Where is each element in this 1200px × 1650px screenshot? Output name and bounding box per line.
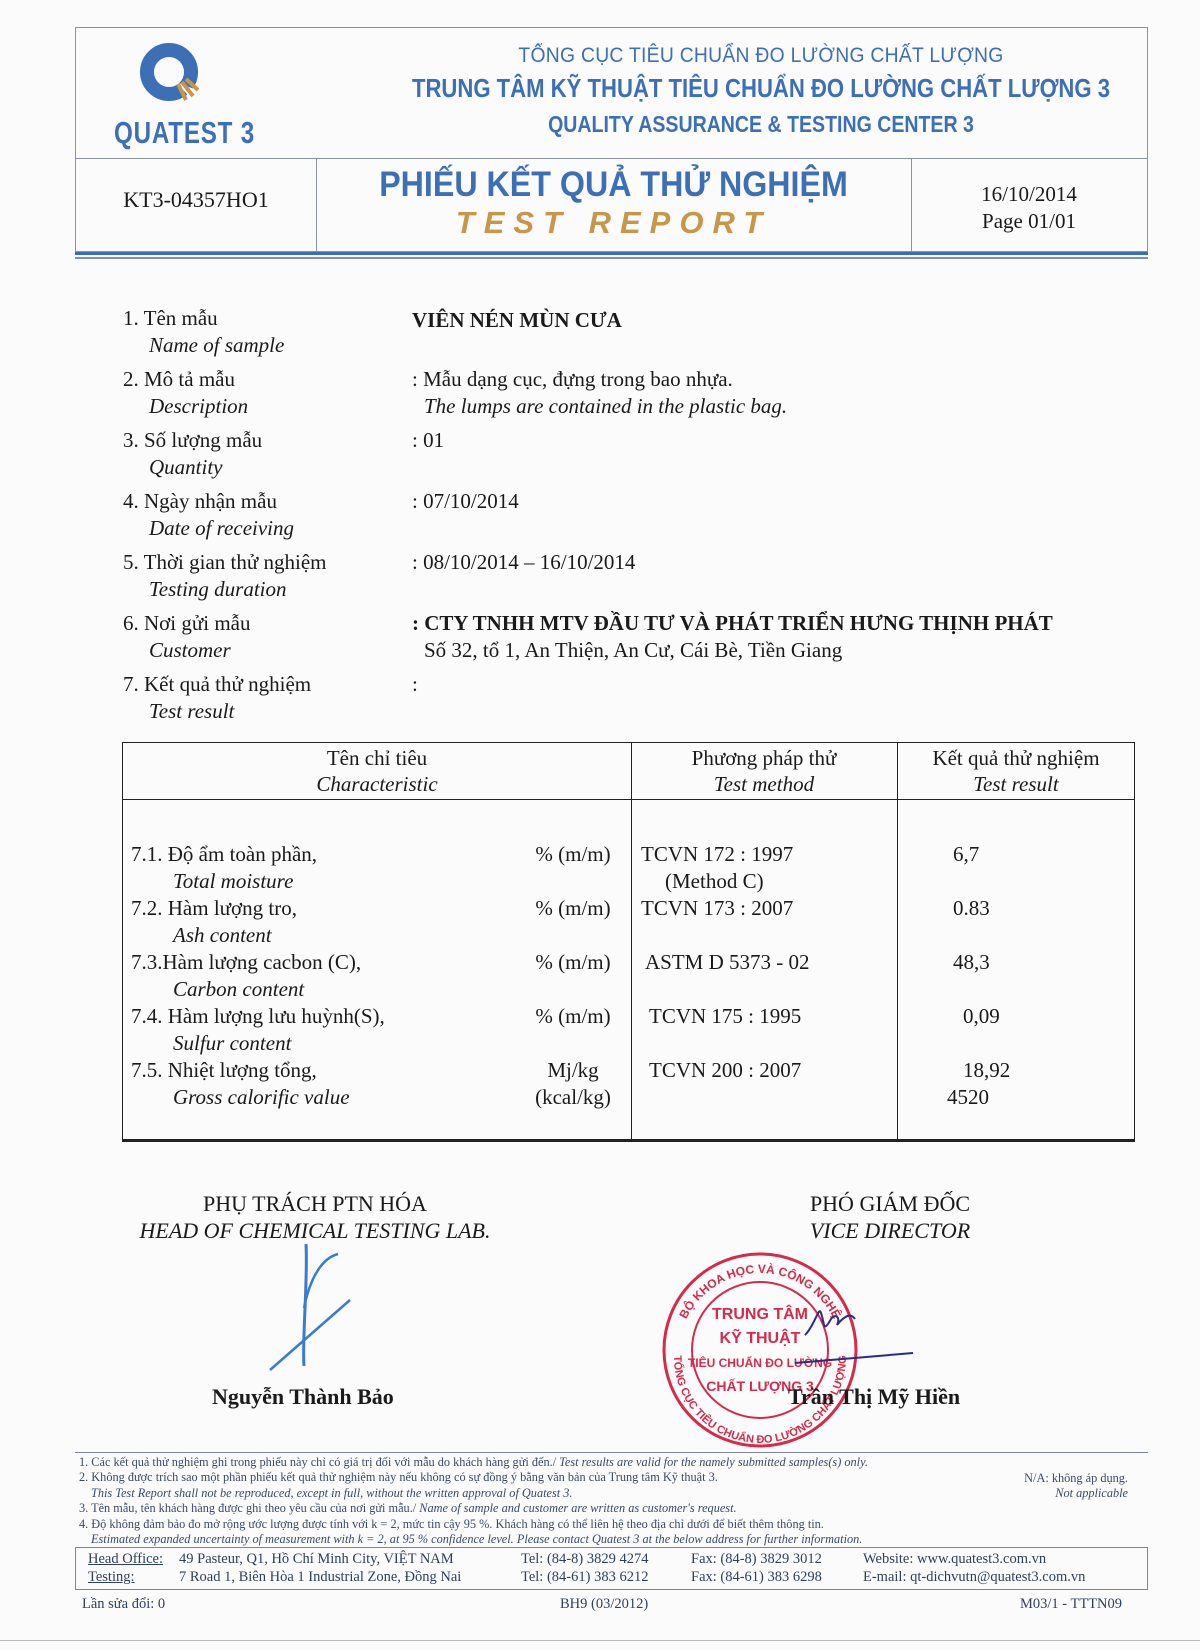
test-result: 18,924520: [903, 1057, 1083, 1111]
header-org-row: QUATEST 3 TỔNG CỤC TIÊU CHUẨN ĐO LƯỜNG C…: [76, 28, 1147, 159]
date-received: : 07/10/2014: [412, 488, 519, 515]
test-method: TCVN 200 : 2007: [633, 1057, 863, 1084]
header-title-row: KT3-04357HO1 PHIẾU KẾT QUẢ THỬ NGHIỆM TE…: [76, 159, 1147, 251]
org-name-en: QUALITY ASSURANCE & TESTING CENTER 3: [383, 111, 1140, 138]
na-legend: N/A: không áp dụng.Not applicable: [1024, 1471, 1128, 1501]
page-number: Page 01/01: [911, 208, 1147, 235]
characteristic: 7.3.Hàm lượng cacbon (C),Carbon content: [131, 949, 361, 1003]
report-title-en: TEST REPORT: [316, 205, 911, 241]
info-label: 3. Số lượng mẫuQuantity: [123, 427, 262, 481]
info-label: 6. Nơi gửi mẫuCustomer: [123, 610, 250, 664]
test-result: 6,7: [903, 841, 1083, 868]
contact-footer: Head Office: 49 Pasteur, Q1, Hồ Chí Minh…: [75, 1548, 1148, 1590]
unit: % (m/m): [523, 949, 623, 976]
test-result: 48,3: [903, 949, 1083, 976]
right-signatory-title: PHÓ GIÁM ĐỐCVICE DIRECTOR: [740, 1190, 1040, 1244]
test-method: TCVN 173 : 2007: [633, 895, 863, 922]
note-1: 1. Các kết quả thử nghiệm ghi trong phiế…: [79, 1455, 1148, 1470]
customer-address: Số 32, tổ 1, An Thiện, An Cư, Cái Bè, Ti…: [412, 637, 1053, 664]
test-result: 0.83: [903, 895, 1083, 922]
test-result-colon: :: [412, 671, 418, 698]
testing-label: Testing:: [88, 1569, 135, 1586]
info-label: 7. Kết quả thử nghiệmTest result: [123, 671, 311, 725]
left-signatory-title: PHỤ TRÁCH PTN HÓAHEAD OF CHEMICAL TESTIN…: [110, 1190, 520, 1244]
report-date: 16/10/2014: [911, 181, 1147, 208]
signature-right-icon: [795, 1295, 925, 1375]
header-divider: [123, 799, 1134, 800]
testing-address: 7 Road 1, Biên Hòa 1 Industrial Zone, Đồ…: [179, 1569, 461, 1586]
sample-quantity: : 01: [412, 427, 444, 454]
column-header-characteristic: Tên chỉ tiêuCharacteristic: [123, 745, 631, 797]
customer-name: : CTY TNHH MTV ĐẦU TƯ VÀ PHÁT TRIỂN HƯNG…: [412, 611, 1053, 635]
document-code: M03/1 - TTTN09: [1020, 1596, 1122, 1613]
customer: : CTY TNHH MTV ĐẦU TƯ VÀ PHÁT TRIỂN HƯNG…: [412, 610, 1053, 664]
test-method: TCVN 172 : 1997(Method C): [633, 841, 863, 895]
report-date-block: 16/10/2014 Page 01/01: [911, 181, 1147, 235]
characteristic: 7.2. Hàm lượng tro,Ash content: [131, 895, 297, 949]
column-header-method: Phương pháp thửTest method: [631, 745, 897, 797]
test-result: 0,09: [903, 1003, 1083, 1030]
info-label: 2. Mô tả mẫuDescription: [123, 366, 248, 420]
sample-description: : Mẫu dạng cục, đựng trong bao nhựa.The …: [412, 366, 787, 420]
page-edge: [0, 1640, 1200, 1641]
head-office-label: Head Office:: [88, 1551, 163, 1568]
svg-text:KỸ THUẬT: KỸ THUẬT: [720, 1327, 801, 1347]
characteristic: 7.4. Hàm lượng lưu huỳnh(S),Sulfur conte…: [131, 1003, 385, 1057]
org-parent-name: TỔNG CỤC TIÊU CHUẨN ĐO LƯỜNG CHẤT LƯỢNG: [352, 44, 1171, 68]
note-2-en: This Test Report shall not be reproduced…: [79, 1486, 1148, 1501]
note-4: 4. Độ không đảm bảo đo mở rộng ước lượng…: [79, 1517, 1148, 1532]
report-header: QUATEST 3 TỔNG CỤC TIÊU CHUẨN ĐO LƯỜNG C…: [75, 27, 1148, 252]
characteristic: 7.1. Độ ẩm toàn phần,Total moisture: [131, 841, 317, 895]
email-link[interactable]: E-mail: qt-dichvutn@quatest3.com.vn: [863, 1569, 1085, 1586]
info-label: 1. Tên mẫuName of sample: [123, 305, 284, 359]
column-divider: [897, 743, 898, 1139]
header-rule: [75, 252, 1148, 255]
column-header-result: Kết quả thử nghiệmTest result: [897, 745, 1135, 797]
column-divider: [631, 743, 632, 1139]
website-link[interactable]: Website: www.quatest3.com.vn: [863, 1551, 1046, 1568]
header-rule: [75, 257, 1148, 259]
report-title-vn: PHIẾU KẾT QUẢ THỬ NGHIỆM: [340, 165, 887, 205]
unit: % (m/m): [523, 1003, 623, 1030]
org-name-vn: TRUNG TÂM KỸ THUẬT TIÊU CHUẨN ĐO LƯỜNG C…: [383, 73, 1140, 104]
footnotes: 1. Các kết quả thử nghiệm ghi trong phiế…: [75, 1452, 1148, 1548]
unit: Mj/kg(kcal/kg): [523, 1057, 623, 1111]
testing-fax: Fax: (84-61) 383 6298: [691, 1569, 822, 1586]
left-signatory-name: Nguyễn Thành Bảo: [212, 1384, 394, 1410]
note-3: 3. Tên mẫu, tên khách hàng được ghi theo…: [79, 1501, 1148, 1516]
testing-tel: Tel: (84-61) 383 6212: [521, 1569, 648, 1586]
note-2: 2. Không được trích sao một phần phiếu k…: [79, 1470, 1148, 1485]
test-method: TCVN 175 : 1995: [633, 1003, 863, 1030]
head-office-address: 49 Pasteur, Q1, Hồ Chí Minh City, VIỆT N…: [179, 1551, 454, 1568]
svg-text:TRUNG TÂM: TRUNG TÂM: [712, 1304, 808, 1323]
unit: % (m/m): [523, 895, 623, 922]
head-office-tel: Tel: (84-8) 3829 4274: [521, 1551, 648, 1568]
test-method: ASTM D 5373 - 02: [633, 949, 863, 976]
logo-text: QUATEST 3: [114, 115, 255, 151]
sample-name: VIÊN NÉN MÙN CƯA: [412, 307, 622, 334]
testing-duration: : 08/10/2014 – 16/10/2014: [412, 549, 635, 576]
characteristic: 7.5. Nhiệt lượng tổng,Gross calorific va…: [131, 1057, 350, 1111]
note-4-en: Estimated expanded uncertainty of measur…: [79, 1532, 1148, 1547]
unit: % (m/m): [523, 841, 623, 868]
revision-number: Lần sửa đổi: 0: [82, 1596, 165, 1613]
form-code: BH9 (03/2012): [560, 1596, 648, 1613]
info-label: 5. Thời gian thử nghiệmTesting duration: [123, 549, 327, 603]
right-signatory-name: Trần Thị Mỹ Hiền: [788, 1384, 960, 1410]
info-label: 4. Ngày nhận mẫuDate of receiving: [123, 488, 294, 542]
document-id: KT3-04357HO1: [76, 187, 316, 213]
results-table: Tên chỉ tiêuCharacteristic Phương pháp t…: [122, 742, 1135, 1142]
head-office-fax: Fax: (84-8) 3829 3012: [691, 1551, 822, 1568]
quatest-logo-icon: [136, 40, 206, 110]
